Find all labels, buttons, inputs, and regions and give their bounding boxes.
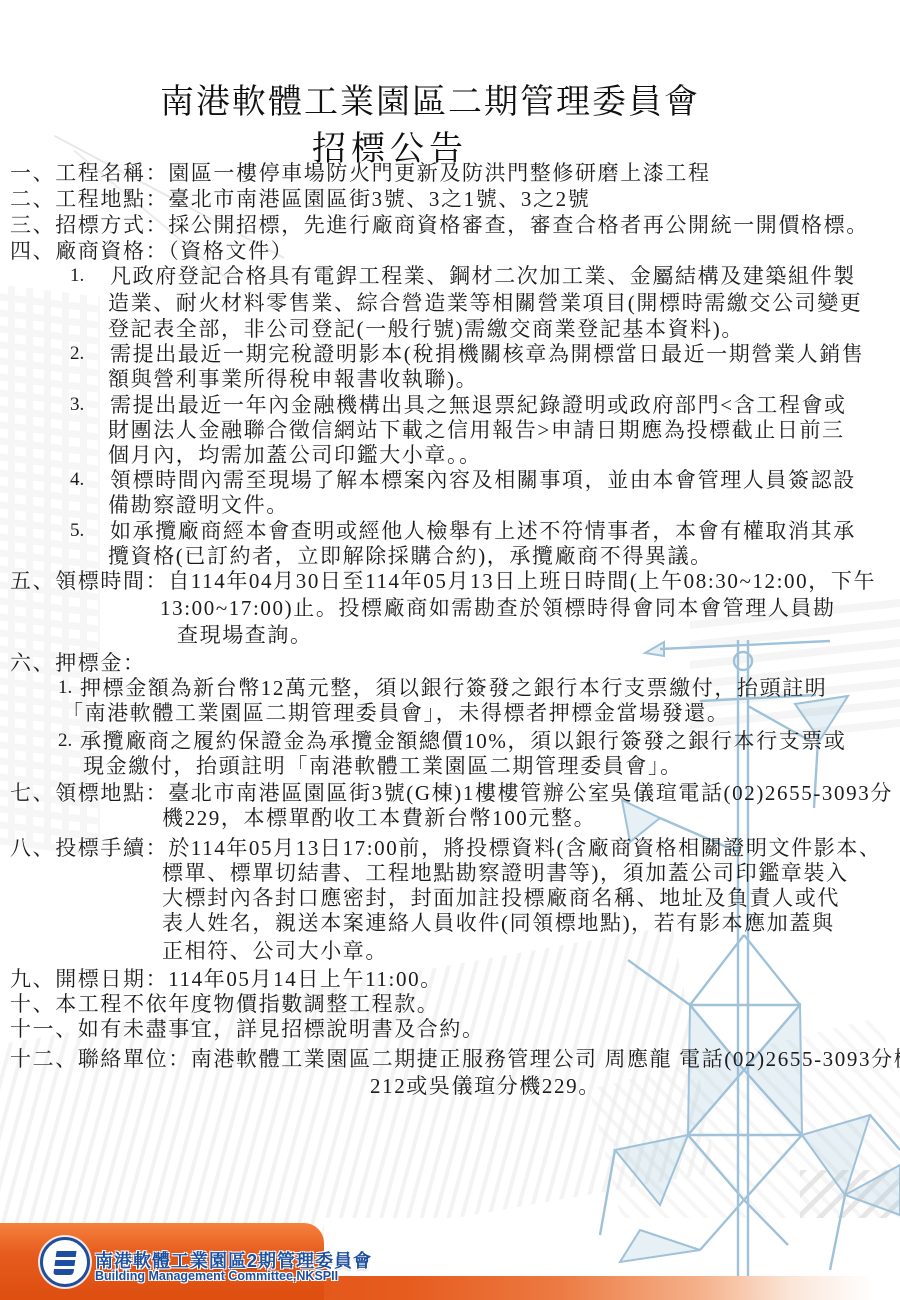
list-marker: 1. — [58, 675, 72, 701]
doc-line: 六、押標金： — [10, 650, 146, 676]
page-title: 南港軟體工業園區二期管理委員會 — [0, 74, 880, 123]
doc-line: 二、工程地點：臺北市南港區園區街3號、3之1號、3之2號 — [10, 186, 590, 212]
doc-line: 個月內，均需加蓋公司印鑑大小章。。 — [108, 442, 482, 468]
doc-line: 押標金額為新台幣12萬元整，須以銀行簽發之銀行本行支票繳付，抬頭註明 — [80, 675, 827, 701]
tender-document: 南港軟體工業園區二期管理委員會 招標公告 一、工程名稱：園區一樓停車場防火門更新… — [0, 0, 900, 1300]
doc-line: 十二、聯絡單位：南港軟體工業園區二期捷正服務管理公司 周應龍 電話(02)265… — [10, 1046, 900, 1072]
doc-line: 機229，本標單酌收工本費新台幣100元整。 — [162, 805, 596, 831]
doc-line: 三、招標方式：採公開招標，先進行廠商資格審查，審查合格者再公開統一開價格標。 — [10, 212, 869, 238]
doc-line: 表人姓名，親送本案連絡人員收件(同領標地點)，若有影本應加蓋與 — [162, 910, 835, 936]
doc-line: 十、本工程不依年度物價指數調整工程款。 — [10, 991, 439, 1017]
doc-line: 額與營利事業所得稅申報書收執聯)。 — [108, 366, 478, 392]
doc-line: 七、領標地點：臺北市南港區園區街3號(G棟)1樓樓管辦公室吳儀瑄電話(02)26… — [10, 780, 893, 806]
list-marker: 3. — [70, 392, 84, 418]
doc-line: 登記表全部，非公司登記(一般行號)需繳交商業登記基本資料)。 — [108, 316, 744, 342]
doc-line: 四、廠商資格：（資格文件） — [10, 238, 293, 264]
doc-line: 查現場查詢。 — [177, 622, 313, 648]
doc-line: 如承攬廠商經本會查明或經他人檢舉有上述不符情事者，本會有權取消其承 — [110, 518, 856, 544]
list-marker: 4. — [70, 467, 84, 493]
list-marker: 5. — [70, 518, 84, 544]
list-marker: 2. — [70, 341, 84, 367]
doc-line: 領標時間內需至現場了解本標案內容及相關事項，並由本會管理人員簽認設 — [110, 467, 856, 493]
doc-line: 凡政府登記合格具有電銲工程業、鋼材二次加工業、金屬結構及建築組件製 — [110, 263, 856, 289]
list-marker: 1. — [70, 263, 84, 289]
doc-line: 九、開標日期：114年05月14日上午11:00。 — [10, 966, 443, 992]
doc-line: 五、領標時間：自114年04月30日至114年05月13日上班日時間(上午08:… — [10, 568, 876, 594]
doc-line: 承攬廠商之履約保證金為承攬金額總價10%，須以銀行簽發之銀行本行支票或 — [80, 728, 847, 754]
doc-line: 需提出最近一期完稅證明影本(稅捐機關核章為開標當日最近一期營業人銷售 — [110, 341, 864, 367]
doc-line: 十一、如有未盡事宜，詳見招標說明書及合約。 — [10, 1016, 485, 1042]
tender-notice-page: 南港軟體工業園區二期管理委員會 招標公告 一、工程名稱：園區一樓停車場防火門更新… — [0, 0, 900, 1300]
doc-line: 造業、耐火材料零售業、綜合營造業等相關營業項目(開標時需繳交公司變更 — [108, 290, 862, 316]
doc-line: 標單、標單切結書、工程地點勘察證明書等)，須加蓋公司印鑑章裝入 — [162, 860, 849, 886]
doc-line: 「南港軟體工業園區二期管理委員會」，未得標者押標金當場發還。 — [62, 700, 730, 726]
doc-line: 大標封內各封口應密封，封面加註投標廠商名稱、地址及負責人或代 — [162, 885, 840, 911]
doc-line: 212或吳儀瑄分機229。 — [370, 1073, 601, 1099]
doc-line: 正相符、公司大小章。 — [162, 938, 388, 964]
doc-line: 現金繳付，抬頭註明「南港軟體工業園區二期管理委員會」。 — [83, 753, 683, 779]
doc-line: 備勘察證明文件。 — [108, 492, 289, 518]
doc-line: 攬資格(已訂約者，立即解除採購合約)，承攬廠商不得異議。 — [108, 543, 713, 569]
list-marker: 2. — [58, 728, 72, 754]
doc-line: 財團法人金融聯合徵信網站下載之信用報告>申請日期應為投標截止日前三 — [108, 417, 845, 443]
doc-line: 八、投標手續：於114年05月13日17:00前，將投標資料(含廠商資格相關證明… — [10, 835, 882, 861]
doc-line: 需提出最近一年內金融機構出具之無退票紀錄證明或政府部門<含工程會或 — [110, 392, 847, 418]
doc-line: 一、工程名稱：園區一樓停車場防火門更新及防洪門整修研磨上漆工程 — [10, 160, 711, 186]
doc-line: 13:00~17:00)止。投標廠商如需勘查於領標時得會同本會管理人員勘 — [160, 595, 836, 621]
